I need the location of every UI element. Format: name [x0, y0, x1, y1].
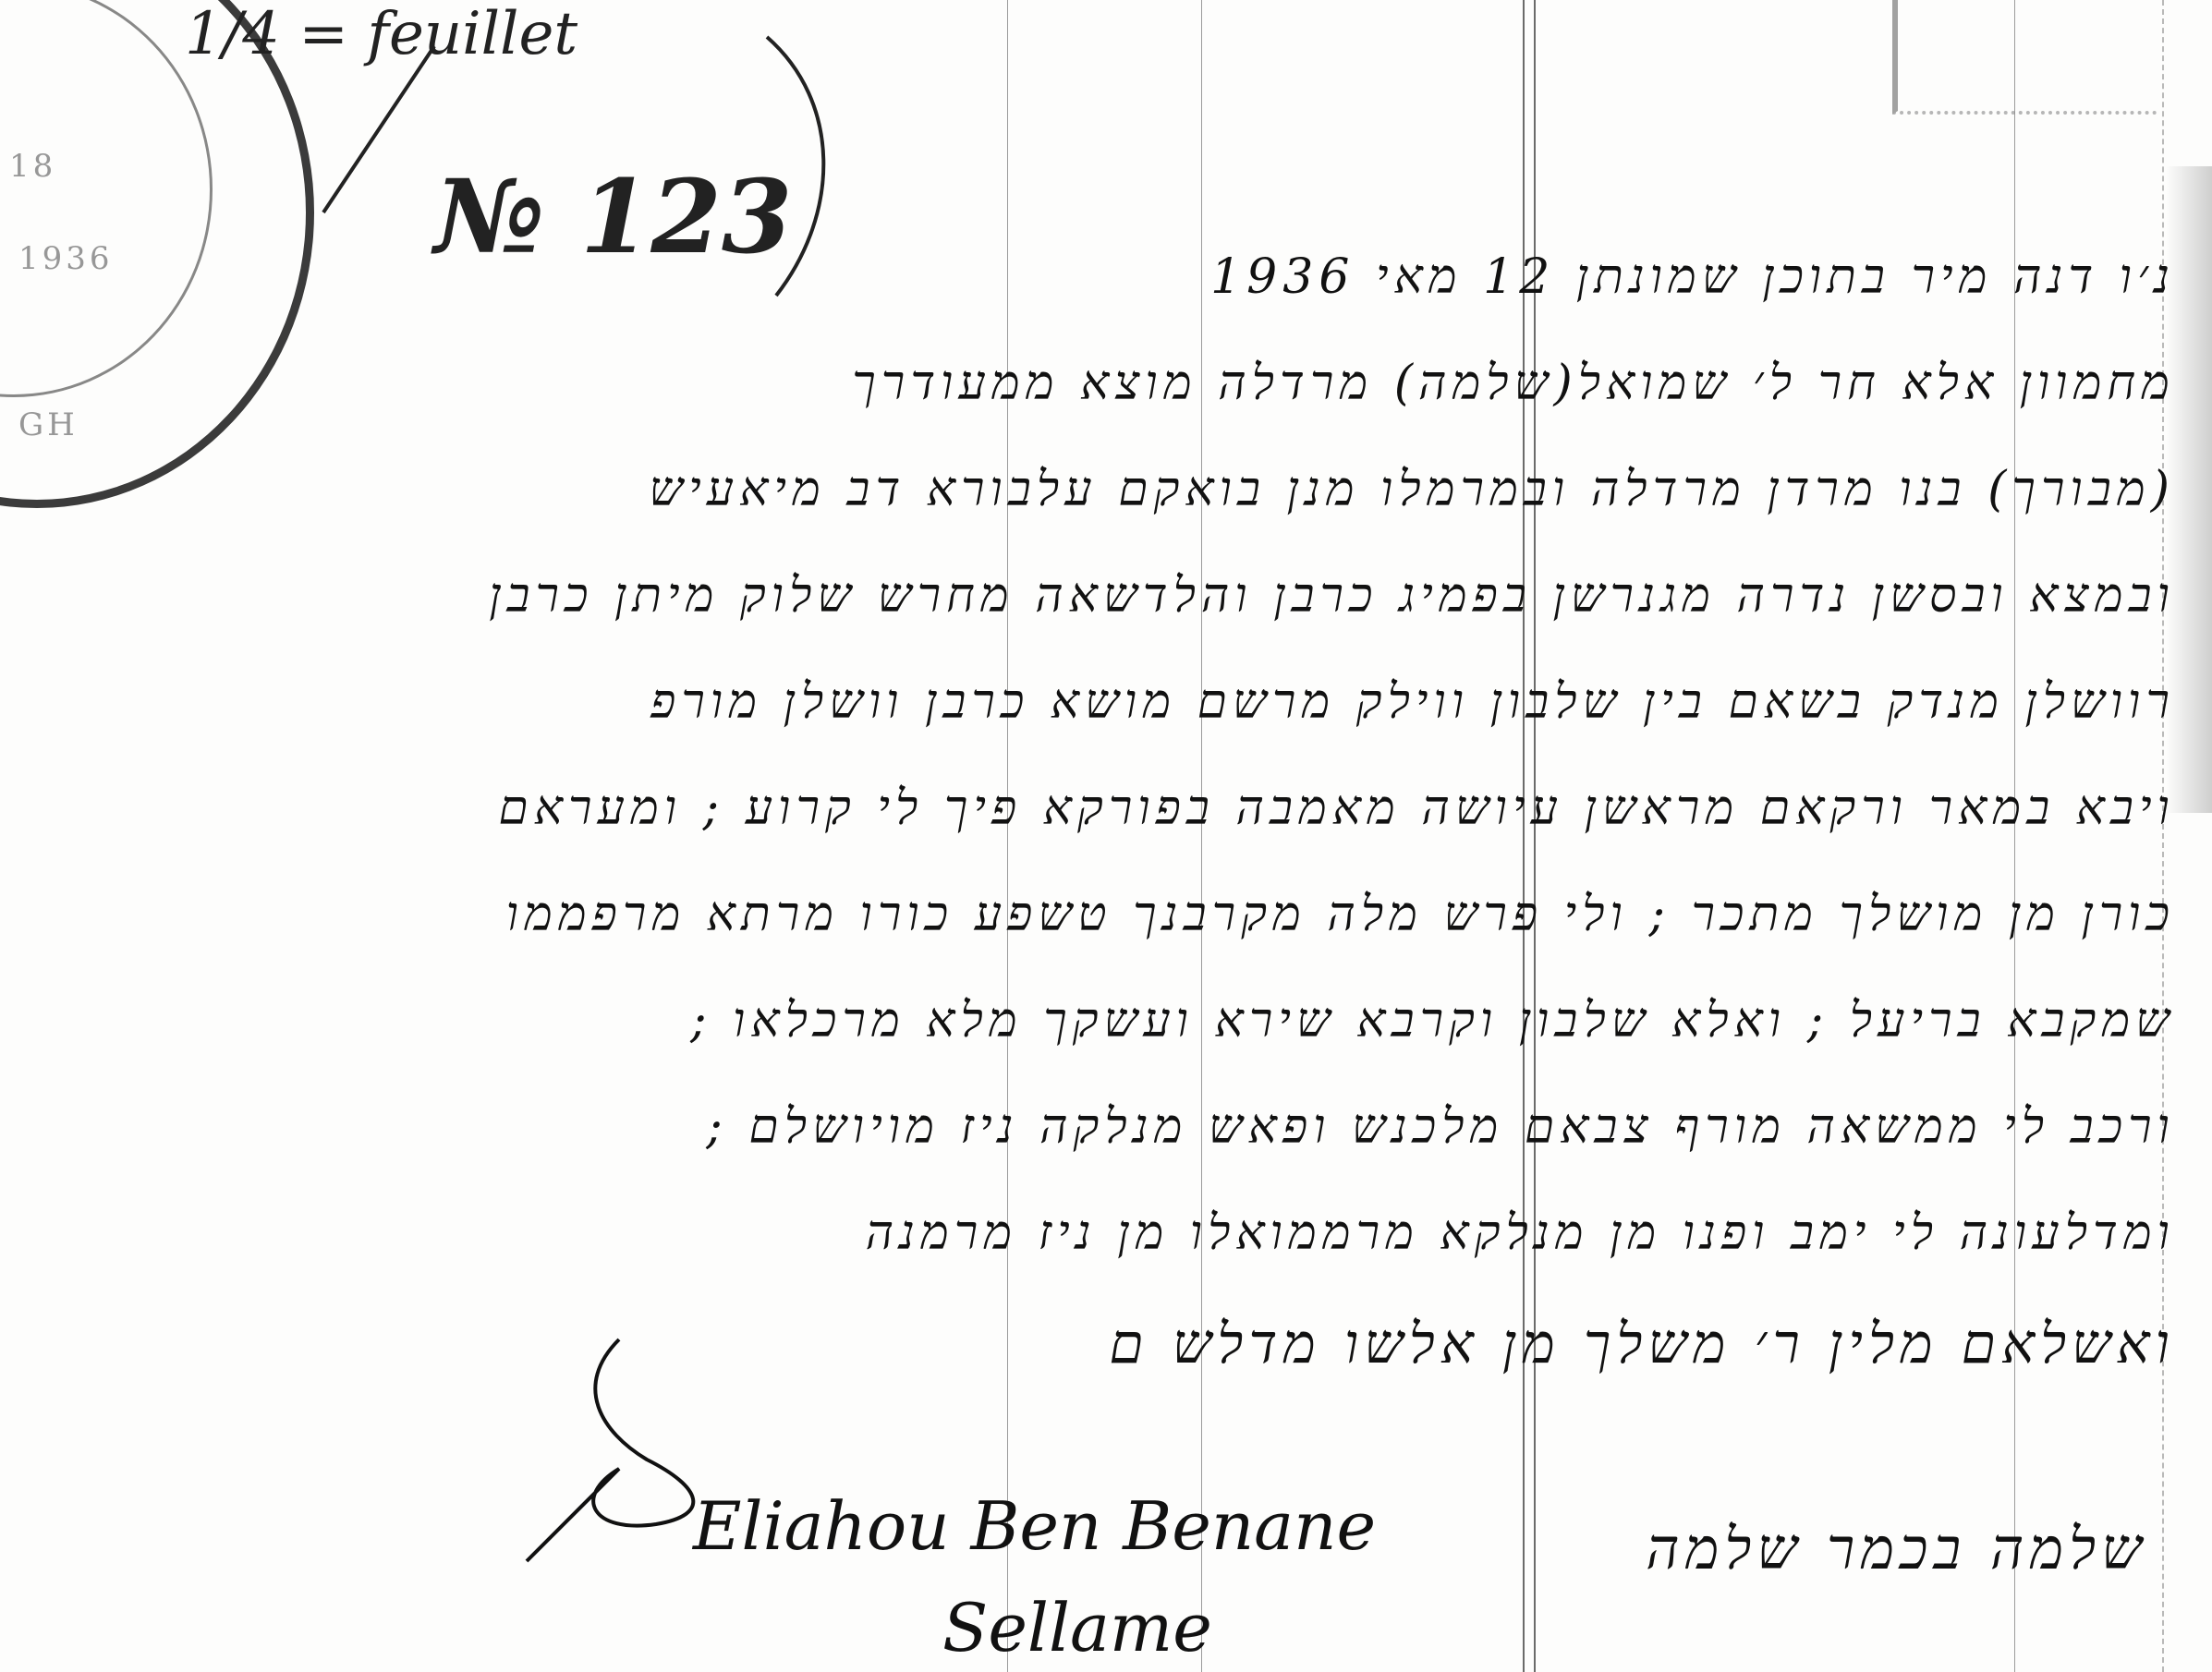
body-line-6: כורן מן מושלך מתכר ; ולי פרש מלה מקרבנך … — [506, 887, 2175, 942]
stamp-text: 18 — [9, 148, 56, 185]
vertical-rule — [1007, 0, 1008, 1672]
document-page: 18 1936 GH 1/4 = feuillet № 123 נ׳ו דנה … — [0, 0, 2212, 1672]
signature-surname: Sellame — [942, 1589, 1212, 1666]
body-line-4: רוושלן מנדק בשאם בין שלבון ווילק מרשם מו… — [650, 674, 2175, 730]
closing-line: ואשלאם מלין ר׳ משלך מן אלשו מדלש ם — [1109, 1312, 2175, 1376]
body-line-1: מחמוון אלא חר ל׳ שמואל(שלמה) מרדלה מוצא … — [852, 356, 2175, 411]
body-line-3: ובמצא ובסשן נדרה מגנרשן בפמיג כרבן והלדש… — [489, 568, 2175, 624]
pen-stroke — [314, 37, 444, 222]
body-line-7: שמקבא בריעל ; ואלא שלבון וקרבא שירא ועשק… — [690, 993, 2175, 1048]
body-line-5: ויבא במאר ורקאם מראשן עיושה מאמבה בפורקא… — [498, 781, 2175, 836]
document-number: № 123 — [434, 157, 792, 276]
hebrew-signature: שלמה בכמר שלמה — [1646, 1515, 2147, 1583]
date-line: נ׳ו דנה מיר בתוכן שמונתן 12 מאי 1936 — [1210, 249, 2175, 305]
body-line-2: (מבורך) בנו מרדן מרדלה ובמרמלו מנן בואקם… — [649, 462, 2175, 517]
page-fold-corner — [1892, 0, 2157, 115]
body-line-9: ומדלעונה לי ימב ופנו מן מנלקא מרממואלו מ… — [866, 1206, 2175, 1261]
stamp-text: GH — [18, 406, 79, 443]
vertical-rule — [1201, 0, 1202, 1672]
body-line-8: ורכב לי ממשאה מורף צבאם מלכנש ופאש מנלקה… — [706, 1099, 2175, 1155]
stamp-text: 1936 — [18, 240, 114, 277]
signature-name: Eliahou Ben Benane — [693, 1487, 1376, 1565]
